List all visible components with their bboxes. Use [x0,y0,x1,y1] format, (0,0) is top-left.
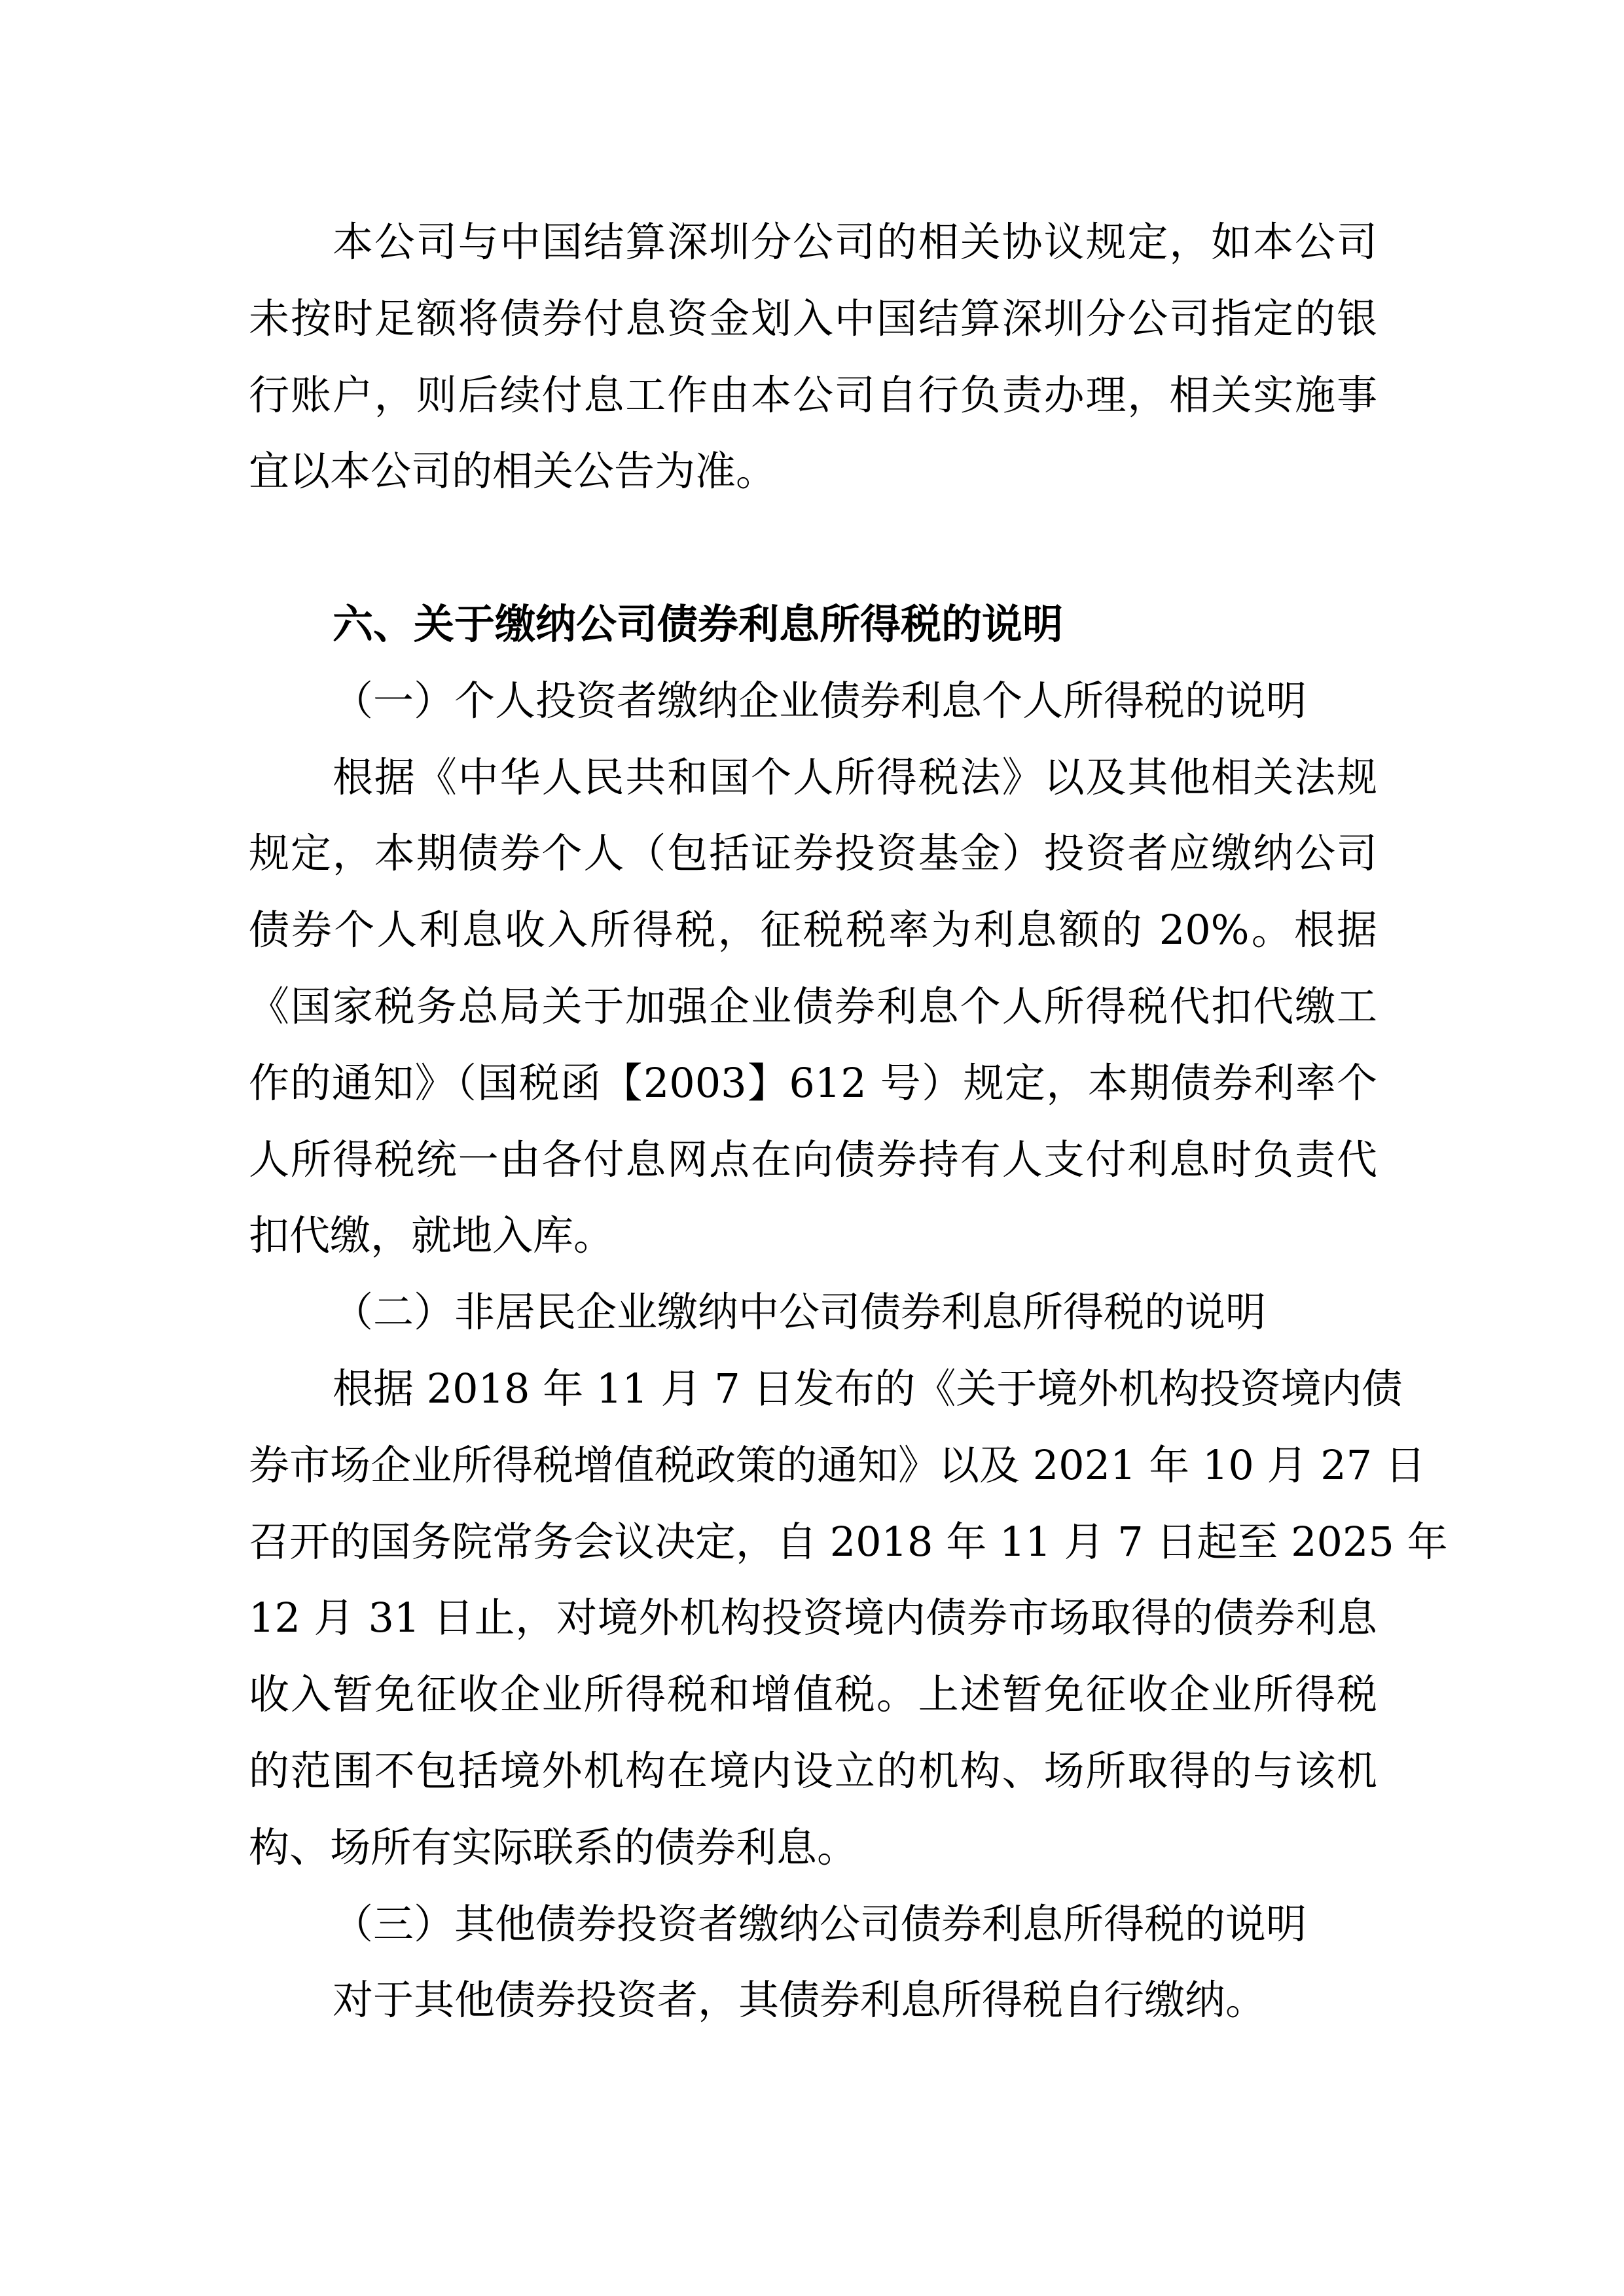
text-line: 扣代缴，就地入库。 [249,1198,1377,1274]
subsection-heading: （三）其他债券投资者缴纳公司债券利息所得税的说明 [249,1886,1377,1963]
subsection-non-resident-enterprises: （二）非居民企业缴纳中公司债券利息所得税的说明 根据 2018 年 11 月 7… [249,1274,1377,1886]
text-line: 行账户，则后续付息工作由本公司自行负责办理，相关实施事 [249,357,1377,434]
text-line: 12 月 31 日止，对境外机构投资境内债券市场取得的债券利息 [249,1580,1377,1657]
text-line: 根据《中华人民共和国个人所得税法》以及其他相关法规 [249,740,1377,816]
text-line: 未按时足额将债券付息资金划入中国结算深圳分公司指定的银 [249,281,1377,357]
text-line: 召开的国务院常务会议决定，自 2018 年 11 月 7 日起至 2025 年 [249,1504,1377,1581]
blank-line [249,510,1377,586]
section-6: 六、关于缴纳公司债券利息所得税的说明 （一）个人投资者缴纳企业债券利息个人所得税… [249,586,1377,2039]
paragraph-payment-agreement: 本公司与中国结算深圳分公司的相关协议规定，如本公司 未按时足额将债券付息资金划入… [249,204,1377,510]
document-page: 本公司与中国结算深圳分公司的相关协议规定，如本公司 未按时足额将债券付息资金划入… [0,0,1624,2296]
text-line: 的范围不包括境外机构在境内设立的机构、场所取得的与该机 [249,1733,1377,1810]
text-line: 规定，本期债券个人（包括证券投资基金）投资者应缴纳公司 [249,816,1377,892]
subsection-heading: （一）个人投资者缴纳企业债券利息个人所得税的说明 [249,663,1377,740]
text-line: 宜以本公司的相关公告为准。 [249,433,1377,510]
text-line: 收入暂免征收企业所得税和增值税。上述暂免征收企业所得税 [249,1657,1377,1733]
text-line: 《国家税务总局关于加强企业债券利息个人所得税代扣代缴工 [249,969,1377,1045]
document-body: 本公司与中国结算深圳分公司的相关协议规定，如本公司 未按时足额将债券付息资金划入… [249,204,1377,2039]
subsection-individual-investors: （一）个人投资者缴纳企业债券利息个人所得税的说明 根据《中华人民共和国个人所得税… [249,663,1377,1274]
subsection-heading: （二）非居民企业缴纳中公司债券利息所得税的说明 [249,1274,1377,1351]
text-line: 债券个人利息收入所得税，征税税率为利息额的 20%。根据 [249,892,1377,969]
text-line: 人所得税统一由各付息网点在向债券持有人支付利息时负责代 [249,1122,1377,1198]
text-line: 对于其他债券投资者，其债券利息所得税自行缴纳。 [249,1962,1377,2039]
text-line: 本公司与中国结算深圳分公司的相关协议规定，如本公司 [249,204,1377,281]
subsection-other-investors: （三）其他债券投资者缴纳公司债券利息所得税的说明 对于其他债券投资者，其债券利息… [249,1886,1377,2039]
section-heading: 六、关于缴纳公司债券利息所得税的说明 [249,586,1377,663]
text-line: 根据 2018 年 11 月 7 日发布的《关于境外机构投资境内债 [249,1351,1377,1427]
text-line: 券市场企业所得税增值税政策的通知》以及 2021 年 10 月 27 日 [249,1427,1377,1504]
text-line: 作的通知》（国税函【2003】612 号）规定，本期债券利率个 [249,1045,1377,1122]
text-line: 构、场所有实际联系的债券利息。 [249,1810,1377,1886]
